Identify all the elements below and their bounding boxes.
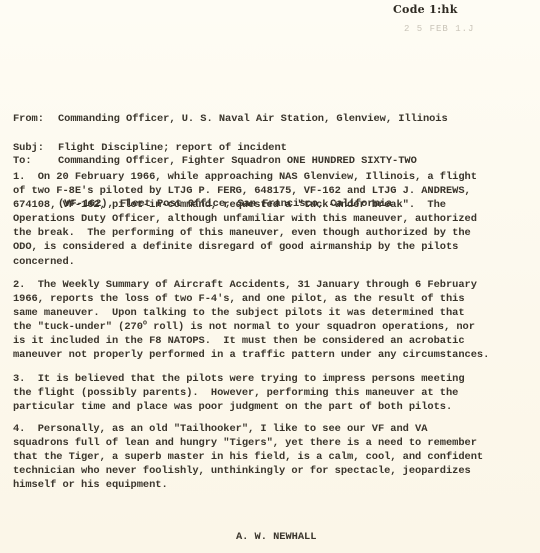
paragraph-line: that the Tiger, a superb master in his f… [13, 450, 483, 464]
paragraph-line: ODO, is considered a definite disregard … [13, 240, 477, 254]
paragraph-line: concerned. [13, 255, 477, 269]
paragraph-3: 3. It is believed that the pilots were t… [13, 372, 465, 414]
paragraph-line: himself or his equipment. [13, 478, 483, 492]
paragraph-line: 674108, VF-162, pilot-in-command, reques… [13, 198, 477, 212]
paragraph-line: the flight (possibly parents). However, … [13, 386, 465, 400]
paragraph-line: squadrons full of lean and hungry "Tiger… [13, 436, 483, 450]
signature: A. W. NEWHALL [236, 530, 316, 544]
paragraph-line: is it included in the F8 NATOPS. It must… [13, 334, 489, 348]
paragraph-line: maneuver not properly performed in a tra… [13, 348, 489, 362]
paragraph-line: 4. Personally, as an old "Tailhooker", I… [13, 422, 483, 436]
paragraph-2: 2. The Weekly Summary of Aircraft Accide… [13, 278, 489, 363]
to-label: To: [13, 154, 58, 168]
subject-row: Subj: Flight Discipline; report of incid… [13, 141, 287, 155]
paragraph-line: technician who never foolishly, unthinki… [13, 464, 483, 478]
from-label: From: [13, 112, 58, 126]
paragraph-line: 2. The Weekly Summary of Aircraft Accide… [13, 278, 489, 292]
to-row: To: Commanding Officer, Fighter Squadron… [13, 154, 448, 168]
paragraph-line: of two F-8E's piloted by LTJG P. FERG, 6… [13, 184, 477, 198]
paragraph-1: 1. On 20 February 1966, while approachin… [13, 170, 477, 269]
paragraph-line: particular time and place was poor judgm… [13, 400, 465, 414]
file-code: Code 1:hk [393, 3, 458, 16]
paragraph-line: same maneuver. Upon talking to the subje… [13, 306, 489, 320]
paragraph-line: 1. On 20 February 1966, while approachin… [13, 170, 477, 184]
paragraph-line: 1966, reports the loss of two F-4's, and… [13, 292, 489, 306]
subj-label: Subj: [13, 141, 58, 155]
memo-page: Code 1:hk 2 5 FEB 1.J From: Commanding O… [0, 0, 540, 553]
from-row: From: Commanding Officer, U. S. Naval Ai… [13, 112, 448, 126]
from-value: Commanding Officer, U. S. Naval Air Stat… [58, 112, 448, 126]
paragraph-4: 4. Personally, as an old "Tailhooker", I… [13, 422, 483, 492]
paragraph-line: 3. It is believed that the pilots were t… [13, 372, 465, 386]
subj-value: Flight Discipline; report of incident [58, 141, 287, 155]
date-received-stamp: 2 5 FEB 1.J [404, 24, 474, 34]
paragraph-line: the "tuck-under" (270o roll) is not norm… [13, 320, 489, 334]
to-value-line1: Commanding Officer, Fighter Squadron ONE… [58, 154, 417, 168]
paragraph-line: Operations Duty Officer, although unfami… [13, 212, 477, 226]
paragraph-line: the break. The performing of this maneuv… [13, 226, 477, 240]
